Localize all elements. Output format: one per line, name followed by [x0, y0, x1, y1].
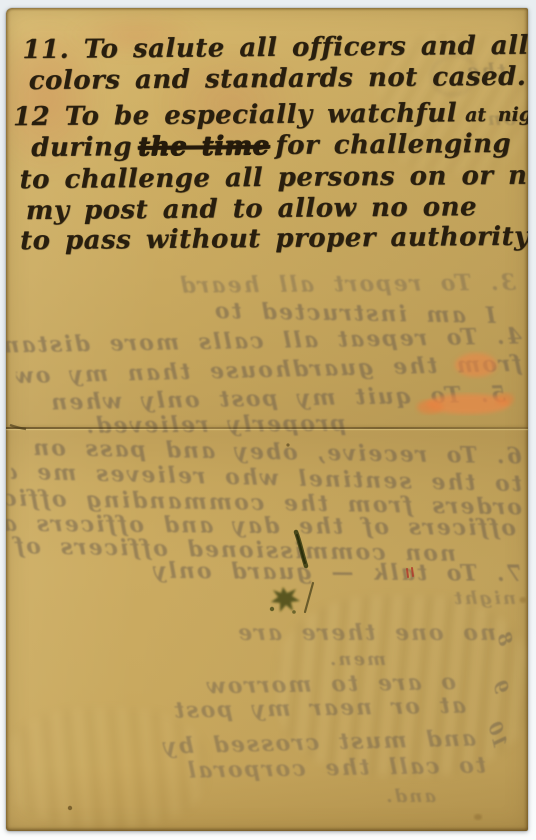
handwritten-note: 11. To salute all officers and all color… [6, 8, 528, 10]
bleedthrough-line: at or near my post [86, 693, 466, 726]
note-line-3-end-text: at night [465, 103, 528, 126]
bleedthrough-line: men. [146, 649, 386, 670]
bleedthrough-line: no one there are [56, 620, 496, 646]
bleedthrough-number: 10 [483, 720, 511, 751]
note-line-4: duringthe timefor challenging [31, 129, 511, 163]
note-line-3: 12 To be especially watchfulat night [13, 97, 528, 132]
bleedthrough-line: night [296, 588, 516, 609]
note-line-1: 11. To salute all officers and all [22, 31, 528, 65]
bleedthrough-line: to call the corporal [86, 753, 486, 786]
note-line-4-pre-text: during [31, 132, 132, 163]
note-line-5: to challenge all persons on or near [19, 160, 528, 195]
note-overwritten-words: the time [138, 131, 270, 162]
bleedthrough-line: 7. To talk — guard only [56, 557, 522, 587]
bleedthrough-number: 8 [492, 630, 516, 648]
bleedthrough-number: 9 [489, 679, 513, 696]
note-line-7: to pass without proper authority [20, 222, 528, 256]
bleedthrough-line: I am instructed to [36, 295, 496, 329]
note-line-3-text: 12 To be especially watchful [13, 98, 457, 132]
note-line-2: colors and standards not cased. [28, 62, 526, 96]
note-line-4-post-text: for challenging [275, 129, 511, 161]
paper-page: the on 3. To report all heard I am instr… [6, 8, 528, 831]
note-line-6: my post and to allow no one [26, 192, 477, 226]
fold-crease [6, 427, 528, 429]
bleedthrough-line: and. [136, 786, 436, 807]
